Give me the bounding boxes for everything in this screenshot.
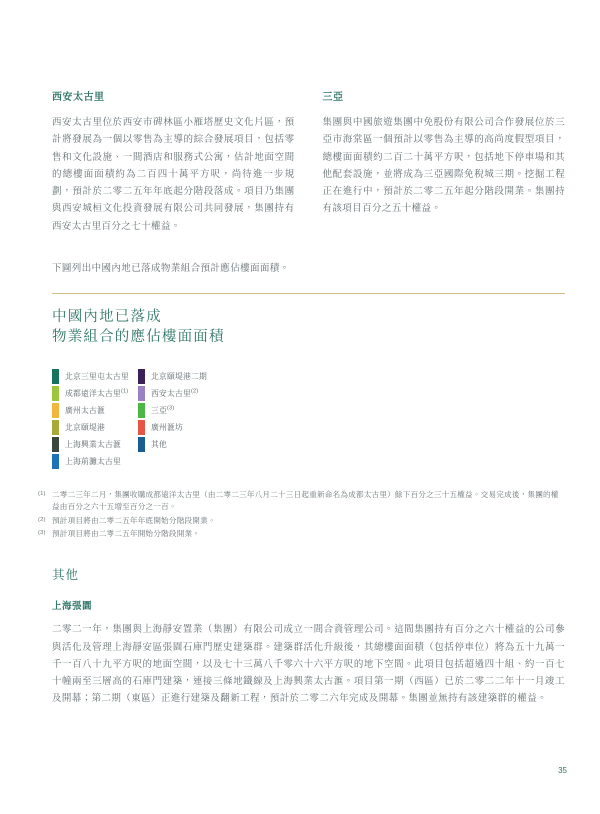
legend-column-right: 北京頤堤港二期 西安太古里(2) 三亞(3) 廣州滙坊 其他: [138, 368, 207, 470]
legend-swatch: [52, 437, 59, 453]
legend-label: 廣州太古滙: [65, 405, 105, 416]
section-heading-xian: 西安太古里: [52, 88, 295, 103]
legend-label: 北京頤堤港: [65, 422, 105, 433]
legend-swatch: [138, 386, 145, 402]
legend-item: 北京頤堤港二期: [138, 368, 207, 385]
legend-label: 上海前灘太古里: [65, 456, 121, 467]
footnote-marker: (2): [38, 515, 46, 527]
legend-swatch: [52, 403, 59, 419]
legend-label: 廣州滙坊: [151, 422, 183, 433]
legend-label: 上海興業太古滙: [65, 439, 121, 450]
chart-title-line2: 物業組合的應佔樓面面積: [52, 329, 225, 345]
zhangyuan-subheading: 上海張園: [52, 598, 565, 612]
chart-legend: 北京三里屯太古里 成都遠洋太古里(1) 廣州太古滙 北京頤堤港 上海興業太古滙: [52, 368, 565, 470]
section-xian-taikoo-li: 西安太古里 西安太古里位於西安市碑林區小雁塔歷史文化片區，預計將發展為一個以零售…: [52, 88, 295, 235]
legend-item: 上海前灘太古里: [52, 453, 138, 470]
footnote-text: 二零二三年二月，集團收購成都遠洋太古里（由二零二三年八月二十三日起重新命名為成都…: [52, 490, 559, 511]
section-heading-sanya: 三亞: [323, 88, 566, 103]
footnote-text: 預計項目將由二零二五年年底開始分階段開業。: [52, 516, 216, 525]
section-body-xian: 西安太古里位於西安市碑林區小雁塔歷史文化片區，預計將發展為一個以零售為主導的綜合…: [52, 114, 295, 235]
chart-intro-text: 下圖列出中國內地已落成物業組合預計應佔樓面面積。: [52, 261, 565, 276]
footnote-text: 預計項目將由二零二五年開始分階段開業。: [52, 529, 200, 538]
legend-label: 北京三里屯太古里: [65, 371, 129, 382]
legend-item: 成都遠洋太古里(1): [52, 385, 138, 402]
legend-item: 西安太古里(2): [138, 385, 207, 402]
legend-item: 北京三里屯太古里: [52, 368, 138, 385]
footnote-1: (1) 二零二三年二月，集團收購成都遠洋太古里（由二零二三年八月二十三日起重新命…: [38, 489, 565, 513]
chart-title: 中國內地已落成 物業組合的應佔樓面面積: [52, 308, 565, 347]
legend-swatch: [52, 420, 59, 436]
legend-swatch: [52, 369, 59, 385]
legend-swatch: [138, 437, 145, 453]
two-column-block: 西安太古里 西安太古里位於西安市碑林區小雁塔歷史文化片區，預計將發展為一個以零售…: [52, 88, 565, 235]
gold-divider: [52, 293, 565, 294]
legend-item: 廣州太古滙: [52, 402, 138, 419]
footnote-marker: (1): [38, 489, 46, 501]
legend-item: 上海興業太古滙: [52, 436, 138, 453]
legend-item: 三亞(3): [138, 402, 207, 419]
legend-label: 北京頤堤港二期: [151, 371, 207, 382]
section-sanya: 三亞 集團與中國旅遊集團中免股份有限公司合作發展位於三亞市海棠區一個預計以零售為…: [323, 88, 566, 235]
zhangyuan-body: 二零二一年，集團與上海靜安置業（集團）有限公司成立一間合資管理公司。這間集團持有…: [52, 621, 565, 707]
page-number: 35: [558, 766, 567, 775]
legend-swatch: [138, 369, 145, 385]
legend-column-left: 北京三里屯太古里 成都遠洋太古里(1) 廣州太古滙 北京頤堤港 上海興業太古滙: [52, 368, 138, 470]
footnote-3: (3) 預計項目將由二零二五年開始分階段開業。: [38, 528, 565, 540]
legend-swatch: [52, 386, 59, 402]
legend-item: 北京頤堤港: [52, 419, 138, 436]
legend-label: 其他: [151, 439, 167, 450]
legend-swatch: [52, 454, 59, 470]
legend-swatch: [138, 420, 145, 436]
legend-swatch: [138, 403, 145, 419]
footnotes: (1) 二零二三年二月，集團收購成都遠洋太古里（由二零二三年八月二十三日起重新命…: [38, 489, 565, 540]
chart-title-line1: 中國內地已落成: [52, 309, 162, 325]
legend-label: 西安太古里(2): [151, 388, 198, 399]
legend-item: 廣州滙坊: [138, 419, 207, 436]
others-section-heading: 其他: [52, 565, 565, 583]
page-content: 西安太古里 西安太古里位於西安市碑林區小雁塔歷史文化片區，預計將發展為一個以零售…: [52, 88, 565, 708]
footnote-marker: (3): [38, 528, 46, 540]
report-page: 西安太古里 西安太古里位於西安市碑林區小雁塔歷史文化片區，預計將發展為一個以零售…: [0, 0, 600, 814]
footnote-2: (2) 預計項目將由二零二五年年底開始分階段開業。: [38, 515, 565, 527]
section-body-sanya: 集團與中國旅遊集團中免股份有限公司合作發展位於三亞市海棠區一個預計以零售為主導的…: [323, 114, 566, 218]
legend-label: 三亞(3): [151, 405, 174, 416]
legend-item: 其他: [138, 436, 207, 453]
legend-label: 成都遠洋太古里(1): [65, 388, 128, 399]
